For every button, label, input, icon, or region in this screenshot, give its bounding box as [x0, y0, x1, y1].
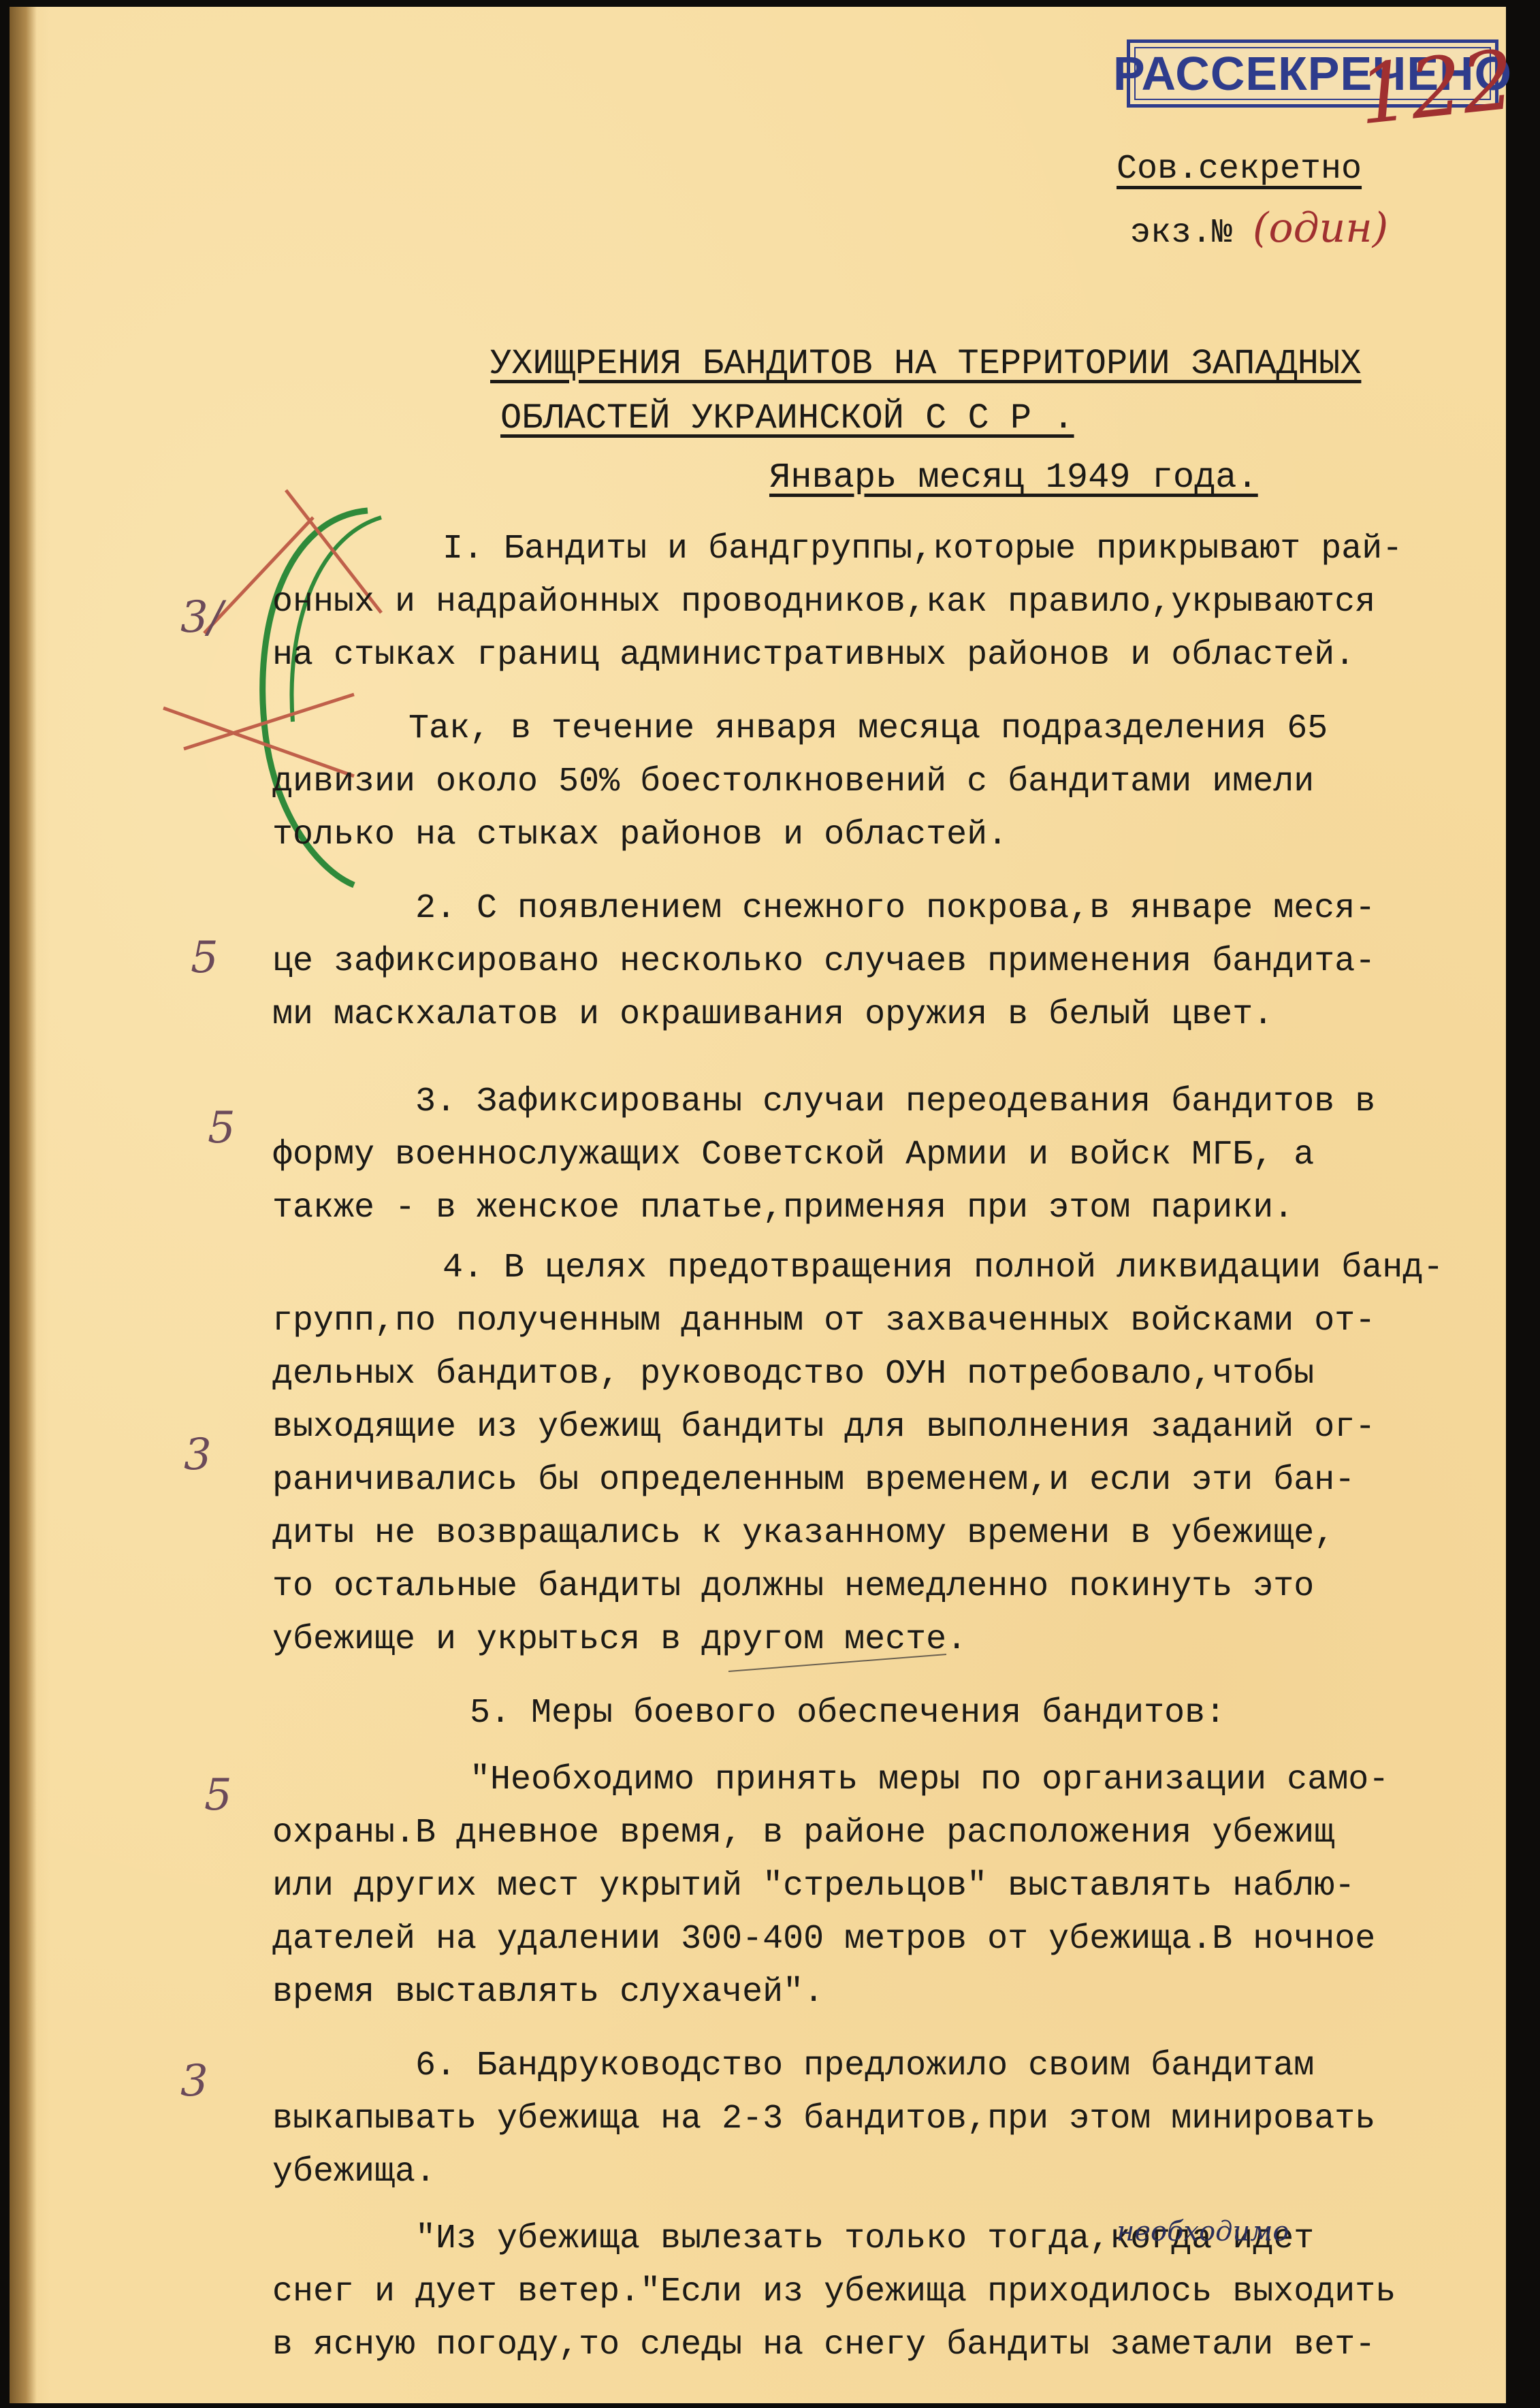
paragraph-5: 5. Меры боевого обеспечения бандитов:	[272, 1687, 1491, 1740]
document-subtitle: Январь месяц 1949 года.	[769, 457, 1258, 498]
text-line: "Необходимо принять меры по организации …	[272, 1754, 1491, 1807]
paragraph-1b: Так, в течение января месяца подразделен…	[272, 703, 1491, 862]
text-line: форму военнослужащих Советской Армии и в…	[272, 1129, 1491, 1182]
text-line: 5. Меры боевого обеспечения бандитов:	[272, 1687, 1491, 1740]
page-binding-edge	[10, 7, 37, 2403]
paragraph-3: 3. Зафиксированы случаи переодевания бан…	[272, 1076, 1491, 1235]
copy-number: экз.№ (один)	[1130, 204, 1388, 253]
text-line: время выставлять слухачей".	[272, 1966, 1491, 2019]
margin-note-2: 5	[191, 933, 219, 983]
text-line: выкапывать убежища на 2-3 бандитов,при э…	[272, 2093, 1491, 2146]
text-line: убежища.	[272, 2146, 1491, 2199]
margin-note-5: 5	[204, 1770, 232, 1820]
text-line: 6. Бандруководство предложило своим банд…	[272, 2040, 1491, 2093]
text-line: 4. В целях предотвращения полной ликвида…	[272, 1242, 1491, 1295]
text-line: снег и дует ветер."Если из убежища прихо…	[272, 2266, 1491, 2319]
paragraph-6: 6. Бандруководство предложило своим банд…	[272, 2040, 1491, 2199]
text-line: I. Бандиты и бандгруппы,которые прикрыва…	[272, 523, 1491, 576]
margin-note-1: 3/	[180, 592, 223, 643]
text-line: раничивались бы определенным временем,и …	[272, 1454, 1491, 1507]
text-line: "Из убежища вылезать только тогда,когда …	[272, 2213, 1491, 2266]
scan-border	[1506, 0, 1540, 2408]
copy-value-handwritten: (один)	[1253, 204, 1388, 252]
handwritten-page-number: 122	[1353, 33, 1518, 143]
text-line: также - в женское платье,применяя при эт…	[272, 1182, 1491, 1235]
text-line: или других мест укрытий "стрельцов" выст…	[272, 1860, 1491, 1913]
text-line: охраны.В дневное время, в районе располо…	[272, 1807, 1491, 1860]
classification-label: Сов.секретно	[1117, 150, 1362, 189]
paragraph-4: 4. В целях предотвращения полной ликвида…	[272, 1242, 1491, 1667]
title-line-1: УХИЩРЕНИЯ БАНДИТОВ НА ТЕРРИТОРИИ ЗАПАДНЫ…	[490, 337, 1361, 391]
text-line: 3. Зафиксированы случаи переодевания бан…	[272, 1076, 1491, 1129]
document-title: УХИЩРЕНИЯ БАНДИТОВ НА ТЕРРИТОРИИ ЗАПАДНЫ…	[490, 337, 1361, 446]
paragraph-1: I. Бандиты и бандгруппы,которые прикрыва…	[272, 523, 1491, 682]
title-line-2: ОБЛАСТЕЙ УКРАИНСКОЙ С С Р .	[490, 391, 1361, 446]
text-line: только на стыках районов и областей.	[272, 809, 1491, 862]
text-line: 2. С появлением снежного покрова,в январ…	[272, 882, 1491, 935]
text-line: в ясную погоду,то следы на снегу бандиты…	[272, 2319, 1491, 2372]
margin-note-3: 5	[208, 1103, 236, 1153]
text-line: групп,по полученным данным от захваченны…	[272, 1295, 1491, 1348]
text-line: диты не возвращались к указанному времен…	[272, 1507, 1491, 1560]
text-line: на стыках границ административных районо…	[272, 629, 1491, 682]
text-line: убежище и укрыться в другом месте.	[272, 1614, 1491, 1667]
text-line: дельных бандитов, руководство ОУН потреб…	[272, 1348, 1491, 1401]
text-line: дателей на удалении 300-400 метров от уб…	[272, 1913, 1491, 1966]
text-line: то остальные бандиты должны немедленно п…	[272, 1560, 1491, 1614]
text-line: Так, в течение января месяца подразделен…	[272, 703, 1491, 756]
paragraph-6-quote: "Из убежища вылезать только тогда,когда …	[272, 2213, 1491, 2372]
margin-note-4: 3	[184, 1430, 212, 1480]
document-body: I. Бандиты и бандгруппы,которые прикрыва…	[272, 523, 1491, 2372]
text-line: це зафиксировано несколько случаев приме…	[272, 935, 1491, 989]
text-line: дивизии около 50% боестолкновений с банд…	[272, 756, 1491, 809]
paragraph-5-quote: "Необходимо принять меры по организации …	[272, 1754, 1491, 2019]
margin-note-6: 3	[180, 2056, 208, 2106]
handwritten-correction: необходимо	[1117, 2216, 1289, 2247]
paragraph-2: 2. С появлением снежного покрова,в январ…	[272, 882, 1491, 1042]
text-line: выходящие из убежищ бандиты для выполнен…	[272, 1401, 1491, 1454]
copy-label: экз.№	[1130, 214, 1232, 253]
text-line: ми маскхалатов и окрашивания оружия в бе…	[272, 989, 1491, 1042]
text-line: онных и надрайонных проводников,как прав…	[272, 576, 1491, 629]
